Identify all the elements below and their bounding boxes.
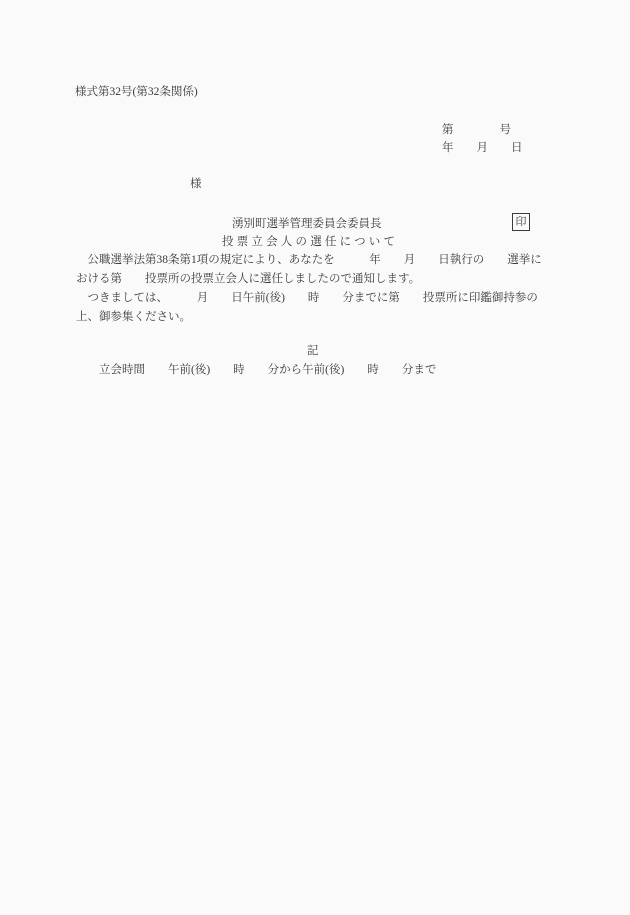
body-line: 公職選挙法第38条第1項の規定により、あなたを 年 月 日執行の 選挙に (76, 253, 542, 267)
body-line: つきましては、 月 日午前(後) 時 分までに第 投票所に印鑑御持参の (76, 291, 538, 305)
form-number: 様式第32号(第32条関係) (75, 85, 198, 99)
subject-title: 投票立会人の選任について (222, 235, 398, 249)
record-line: 立会時間 午前(後) 時 分から午前(後) 時 分まで (76, 363, 436, 377)
body-line: おける第 投票所の投票立会人に選任しましたので通知します。 (76, 272, 420, 286)
date-line: 年 月 日 (442, 141, 523, 155)
addressee-honorific: 様 (190, 177, 202, 191)
body-line: 上、御参集ください。 (76, 310, 191, 324)
seal-mark: 印 (512, 213, 530, 231)
sender-title: 湧別町選挙管理委員会委員長 (232, 217, 382, 231)
record-heading: 記 (307, 344, 319, 358)
official-form-page: 様式第32号(第32条関係) 第 号 年 月 日 様 湧別町選挙管理委員会委員長… (0, 0, 630, 915)
reference-number-line: 第 号 (442, 123, 511, 137)
